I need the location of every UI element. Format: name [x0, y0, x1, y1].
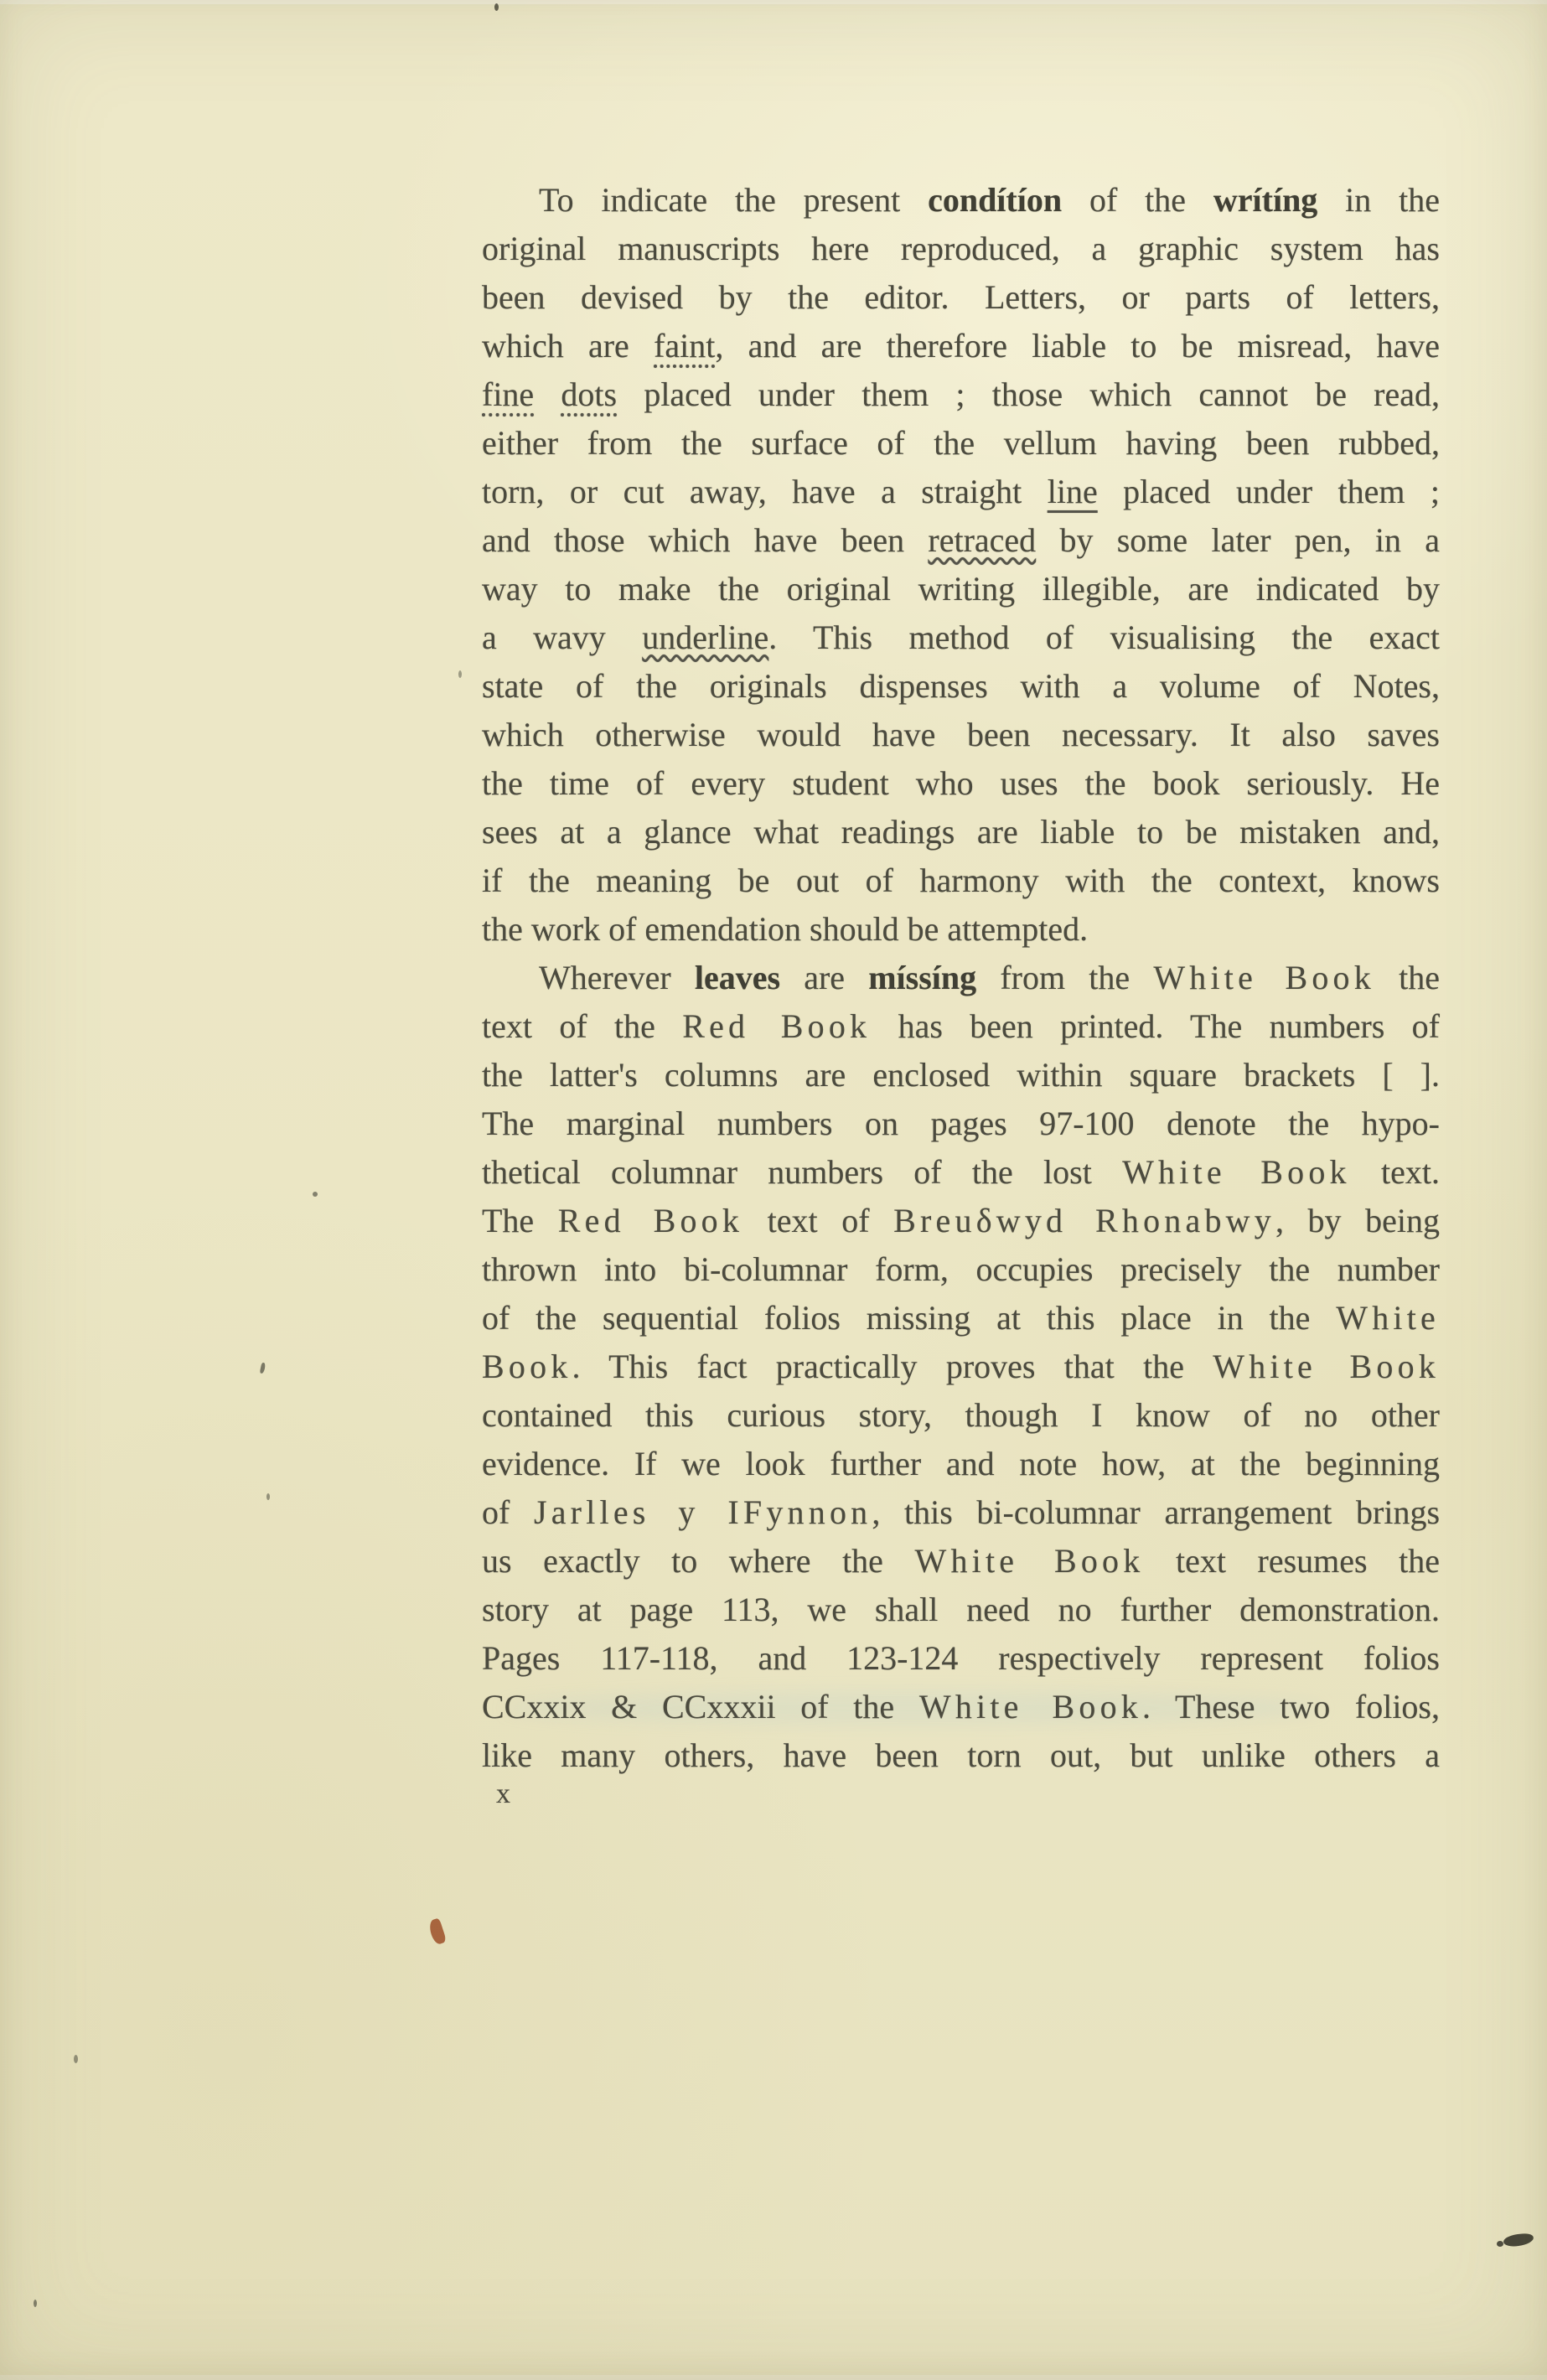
text-segment: which are: [482, 327, 654, 365]
letterspaced-title: White Book: [1213, 1348, 1440, 1385]
text-segment: sees at a glance what readings are liabl…: [482, 813, 1440, 851]
text-line: way to make the original writing illegib…: [482, 565, 1440, 613]
text-segment: [534, 375, 561, 413]
text-segment: the work of emendation should be attempt…: [482, 910, 1088, 948]
text-segment: To indicate the present: [539, 181, 928, 219]
text-segment: text.: [1351, 1153, 1440, 1191]
bold-word: leaves: [695, 959, 780, 996]
wavy-underline-word: retraced: [928, 521, 1036, 559]
ink-speck: [34, 2300, 37, 2307]
text-line: story at page 113, we shall need no furt…: [482, 1586, 1440, 1634]
letterspaced-title: Red Book: [558, 1202, 743, 1239]
text-segment: original manuscripts here reproduced, a …: [482, 230, 1440, 267]
wavy-underline-word: underline: [642, 618, 768, 656]
text-line: Wherever leaves are míssíng from the Whi…: [482, 954, 1440, 1002]
text-line: The marginal numbers on pages 97-100 den…: [482, 1099, 1440, 1148]
text-line: The Red Book text of Breuδwyd Rhonabwy, …: [482, 1197, 1440, 1245]
text-segment: evidence. If we look further and note ho…: [482, 1445, 1440, 1482]
text-segment: which otherwise would have been necessar…: [482, 716, 1440, 753]
text-line: state of the originals dispenses with a …: [482, 662, 1440, 711]
scanned-book-page: To indicate the present condítíon of the…: [0, 0, 1547, 2380]
text-line: To indicate the present condítíon of the…: [482, 176, 1440, 225]
text-segment: . These two folios,: [1142, 1688, 1440, 1725]
text-segment: are: [780, 959, 868, 996]
text-segment: has been printed. The numbers of: [871, 1007, 1440, 1045]
text-segment: placed under them ; those which cannot b…: [617, 375, 1440, 413]
text-segment: The marginal numbers on pages 97-100 den…: [482, 1105, 1440, 1142]
text-line: if the meaning be out of harmony with th…: [482, 856, 1440, 905]
text-line: of the sequential folios missing at this…: [482, 1294, 1440, 1343]
text-segment: state of the originals dispenses with a …: [482, 667, 1440, 705]
text-segment: . This fact practically proves that the: [572, 1348, 1213, 1385]
text-segment: text of the: [482, 1007, 682, 1045]
text-segment: either from the surface of the vellum ha…: [482, 424, 1440, 462]
ink-speck: [313, 1192, 318, 1197]
letterspaced-title: Book: [482, 1348, 572, 1385]
text-line: and those which have been retraced by so…: [482, 516, 1440, 565]
letterspaced-title: Red Book: [682, 1007, 871, 1045]
text-line: Book. This fact practically proves that …: [482, 1343, 1440, 1391]
text-segment: text resumes the: [1144, 1542, 1440, 1580]
text-line: the latter's columns are enclosed within…: [482, 1051, 1440, 1099]
underlined-word: line: [1048, 473, 1098, 510]
text-line: us exactly to where the White Book text …: [482, 1537, 1440, 1586]
text-segment: from the: [976, 959, 1153, 996]
text-segment: , and are therefore liable to be misread…: [715, 327, 1440, 365]
text-line: thrown into bi-columnar form, occupies p…: [482, 1245, 1440, 1294]
text-line: CCxxix & CCxxxii of the White Book. Thes…: [482, 1683, 1440, 1731]
bold-word: wrítíng: [1213, 181, 1317, 219]
text-segment: Pages 117-118, and 123-124 respectively …: [482, 1639, 1440, 1677]
text-segment: CCxxix & CCxxxii of the: [482, 1688, 919, 1725]
letterspaced-title: White Book: [1153, 959, 1375, 996]
text-line: contained this curious story, though I k…: [482, 1391, 1440, 1440]
ink-blob: [1503, 2233, 1534, 2248]
text-segment: way to make the original writing illegib…: [482, 570, 1440, 608]
bold-word: míssíng: [868, 959, 976, 996]
letterspaced-title: White Book: [914, 1542, 1144, 1580]
bold-word: condítíon: [928, 181, 1062, 219]
text-segment: the: [1375, 959, 1440, 996]
text-segment: and those which have been: [482, 521, 928, 559]
text-line: like many others, have been torn out, bu…: [482, 1731, 1440, 1780]
paragraph: Wherever leaves are míssíng from the Whi…: [482, 954, 1440, 1780]
text-segment: torn, or cut away, have a straight: [482, 473, 1048, 510]
text-segment: thetical columnar numbers of the lost: [482, 1153, 1122, 1191]
text-segment: Wherever: [539, 959, 695, 996]
letterspaced-title: Jarlles y IFynnon: [534, 1493, 872, 1531]
ink-speck: [494, 3, 499, 11]
text-segment: thrown into bi-columnar form, occupies p…: [482, 1250, 1440, 1288]
dotted-underline-word: faint: [654, 327, 715, 365]
text-segment: of the: [1062, 181, 1213, 219]
text-segment: been devised by the editor. Letters, or …: [482, 278, 1440, 316]
page-text: To indicate the present condítíon of the…: [482, 176, 1440, 1780]
text-segment: if the meaning be out of harmony with th…: [482, 861, 1440, 899]
text-line: a wavy underline. This method of visuali…: [482, 613, 1440, 662]
text-line: which otherwise would have been necessar…: [482, 711, 1440, 759]
dotted-underline-word: dots: [561, 375, 617, 413]
text-line: Pages 117-118, and 123-124 respectively …: [482, 1634, 1440, 1683]
text-line: been devised by the editor. Letters, or …: [482, 273, 1440, 322]
text-line: the time of every student who uses the b…: [482, 759, 1440, 808]
text-line: which are faint, and are therefore liabl…: [482, 322, 1440, 370]
text-segment: in the: [1317, 181, 1440, 219]
text-segment: of the sequential folios missing at this…: [482, 1299, 1336, 1337]
ink-speck: [266, 1493, 270, 1500]
text-segment: the time of every student who uses the b…: [482, 764, 1440, 802]
scan-edge-top: [0, 0, 1547, 4]
text-line: sees at a glance what readings are liabl…: [482, 808, 1440, 856]
scan-edge-bottom: [0, 2375, 1547, 2380]
text-segment: The: [482, 1202, 558, 1239]
text-segment: by some later pen, in a: [1036, 521, 1440, 559]
paragraph: To indicate the present condítíon of the…: [482, 176, 1440, 954]
ink-speck: [74, 2055, 78, 2063]
text-segment: story at page 113, we shall need no furt…: [482, 1591, 1440, 1628]
ink-blob-dot: [1497, 2241, 1503, 2247]
text-line: original manuscripts here reproduced, a …: [482, 225, 1440, 273]
text-line: evidence. If we look further and note ho…: [482, 1440, 1440, 1488]
red-ink-mark: [427, 1917, 448, 1945]
ink-speck: [260, 1363, 266, 1374]
text-segment: , this bi-columnar arrangement brings: [872, 1493, 1440, 1531]
text-segment: the latter's columns are enclosed within…: [482, 1056, 1440, 1094]
text-segment: like many others, have been torn out, bu…: [482, 1736, 1440, 1774]
page-number: x: [496, 1778, 511, 1810]
text-segment: , by being: [1275, 1202, 1440, 1239]
text-line: text of the Red Book has been printed. T…: [482, 1002, 1440, 1051]
text-segment: a wavy: [482, 618, 642, 656]
text-line: thetical columnar numbers of the lost Wh…: [482, 1148, 1440, 1197]
text-line: either from the surface of the vellum ha…: [482, 419, 1440, 468]
text-segment: contained this curious story, though I k…: [482, 1396, 1440, 1434]
text-line: fine dots placed under them ; those whic…: [482, 370, 1440, 419]
text-line: the work of emendation should be attempt…: [482, 905, 1440, 954]
text-segment: of: [482, 1493, 534, 1531]
text-line: of Jarlles y IFynnon, this bi-columnar a…: [482, 1488, 1440, 1537]
letterspaced-title: White Book: [919, 1688, 1142, 1725]
text-segment: text of: [743, 1202, 893, 1239]
letterspaced-title: White Book: [1122, 1153, 1351, 1191]
text-segment: placed under them ;: [1098, 473, 1440, 510]
letterspaced-title: Breuδwyd Rhonabwy: [893, 1202, 1275, 1239]
dotted-underline-word: fine: [482, 375, 534, 413]
text-segment: us exactly to where the: [482, 1542, 914, 1580]
ink-speck: [458, 670, 462, 678]
text-line: torn, or cut away, have a straight line …: [482, 468, 1440, 516]
text-segment: . This method of visualising the exact: [768, 618, 1440, 656]
letterspaced-title: White: [1336, 1299, 1440, 1337]
